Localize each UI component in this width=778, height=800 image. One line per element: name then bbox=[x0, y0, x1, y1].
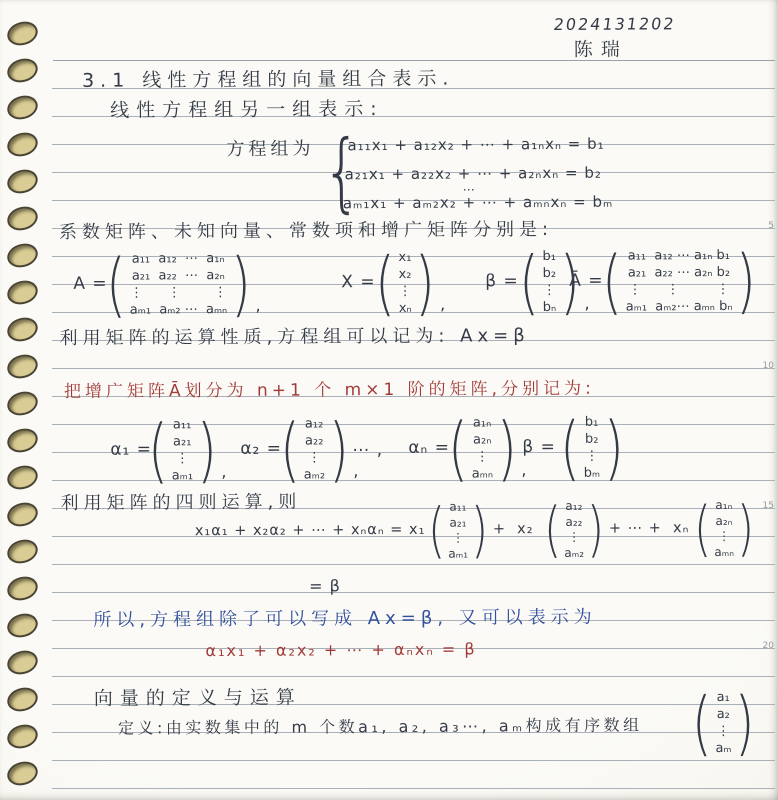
alpha2-vector: ( a₁₂ a₂₂ ⋮ aₘ₂ ) , bbox=[276, 414, 358, 484]
paren-left: ( bbox=[106, 250, 126, 320]
comma: , bbox=[584, 294, 589, 313]
matrix-row: aₘ₁ aₘ₂⋯ aₘₙ bₙ bbox=[626, 298, 733, 316]
paren-left: ( bbox=[448, 414, 468, 484]
vector-entry: ⋮ bbox=[399, 283, 412, 300]
paren-left: ( bbox=[148, 415, 168, 485]
vector-entry: aₘₙ bbox=[714, 544, 734, 560]
vector-entry: b₁ bbox=[585, 414, 599, 431]
vector-entry: a₁₂ bbox=[305, 415, 323, 432]
definition-vector: ( a₁ a₂ ⋮ aₘ ) bbox=[688, 688, 759, 758]
paren-left: ( bbox=[560, 413, 580, 483]
system-equation-1: a₁₁x₁ + a₁₂x₂ + ⋯ + a₁ₙxₙ = b₁ bbox=[347, 135, 604, 155]
system-label: 方程组为 bbox=[226, 134, 314, 161]
vector-entry: ⋮ bbox=[543, 282, 556, 299]
matrix-row: a₂₁ a₂₂ ⋯ a₂ₙ bbox=[132, 267, 225, 285]
vector-entry: a₂₂ bbox=[565, 514, 582, 530]
vector-X: ( x₁ x₂ ⋮ xₙ ) , bbox=[371, 248, 445, 318]
vector-entry: a₂ₙ bbox=[473, 431, 491, 448]
matrix-A: ( a₁₁ a₁₂ ⋯ a₁ₙ a₂₁ a₂₂ ⋯ a₂ₙ ⋮ ⋮ ⋮ aₘ₁ … bbox=[102, 249, 261, 320]
conclusion-equation-red: α₁x₁ + α₂x₂ + ⋯ + αₙxₙ = β bbox=[205, 639, 476, 660]
vector-definition-text: 定义:由实数集中的 m 个数a₁, a₂, a₃⋯, aₘ构成有序数组 bbox=[118, 712, 643, 738]
vector-entry: b₂ bbox=[542, 265, 556, 282]
paren-left: ( bbox=[544, 500, 561, 560]
system-equation-3: aₘ₁x₁ + aₘ₂x₂ + ⋯ + aₘₙxₙ = bₘ bbox=[343, 193, 614, 213]
alphaN-vector: ( a₁ₙ a₂ₙ ⋮ aₘₙ ) , bbox=[444, 413, 526, 483]
expansion-vector-2: ( a₁₂ a₂₂ ⋮ aₘ₂ ) bbox=[541, 499, 608, 561]
system-equation-2: a₂₁x₁ + a₂₂x₂ + ⋯ + a₂ₙxₙ = b₂ bbox=[345, 164, 602, 184]
matrix-form-remark: 利用矩阵的运算性质,方程组可以记为: Ax=β bbox=[60, 321, 530, 350]
beta2-vector: ( b₁ b₂ ⋮ bₘ ) bbox=[556, 413, 627, 483]
handwritten-notes: 2024131202 陈瑞 3.1 线性方程组的向量组合表示. 线性方程组另一组… bbox=[0, 0, 778, 800]
expansion-op-2: + ⋯ + xₙ bbox=[609, 520, 690, 536]
vector-entry: a₂₂ bbox=[305, 432, 323, 449]
matrix-row: ⋮ ⋮ ⋮ bbox=[628, 281, 729, 299]
vector-entry: bₙ bbox=[543, 299, 557, 316]
expansion-vector-3: ( a₁ₙ a₂ₙ ⋮ aₘₙ ) bbox=[691, 498, 758, 560]
vector-entry: aₘ bbox=[715, 740, 731, 757]
vector-entry: aₘ₁ bbox=[448, 546, 468, 562]
paren-right: ) bbox=[329, 414, 349, 484]
vector-entry: b₂ bbox=[585, 431, 599, 448]
comma: , bbox=[221, 462, 226, 481]
vector-entry: ⋮ bbox=[568, 530, 580, 546]
comma: , bbox=[440, 295, 445, 314]
comma: , bbox=[255, 296, 260, 315]
vector-entry: x₂ bbox=[399, 266, 412, 283]
vector-entry: ⋮ bbox=[308, 449, 321, 466]
vector-beta-label: β = bbox=[485, 271, 519, 291]
expansion-lhs: x₁α₁ + x₂α₂ + ⋯ + xₙαₙ = x₁ bbox=[195, 522, 426, 539]
section-subtitle: 线性方程组另一组表示: bbox=[110, 94, 384, 123]
beta2-label: β = bbox=[522, 437, 556, 457]
paren-right: ) bbox=[496, 413, 516, 483]
comma: , bbox=[353, 461, 358, 480]
vector-entry: ⋮ bbox=[176, 450, 189, 467]
matrix-row: a₂₁ a₂₂ ⋯ a₂ₙ b₂ bbox=[628, 264, 730, 282]
paren-left: ( bbox=[428, 501, 445, 561]
paren-left: ( bbox=[602, 247, 622, 317]
paren-right: ) bbox=[415, 248, 435, 318]
alpha-ellipsis: ⋯ , bbox=[352, 440, 383, 460]
notebook-page: 5 10 15 20 2024131202 陈瑞 3.1 线性方程组的向量组合表… bbox=[0, 0, 778, 800]
matrix-row: aₘ₁ aₘ₂ ⋯ aₘₙ bbox=[130, 301, 228, 319]
expansion-vector-1: ( a₁₁ a₂₁ ⋮ aₘ₁ ) bbox=[425, 499, 492, 561]
expansion-op-1: + x₂ bbox=[493, 521, 534, 537]
vector-entry: ⋮ bbox=[452, 531, 464, 547]
paren-right: ) bbox=[587, 500, 604, 560]
paren-left: ( bbox=[692, 688, 712, 758]
ops-remark: 利用矩阵的四则运算,则 bbox=[61, 488, 302, 515]
vector-entry: a₂₁ bbox=[449, 515, 466, 531]
paren-left: ( bbox=[375, 248, 395, 318]
expansion-result: = β bbox=[309, 576, 341, 595]
vector-entry: bₘ bbox=[584, 465, 600, 482]
vector-definition-title: 向量的定义与运算 bbox=[94, 683, 302, 711]
paren-left: ( bbox=[519, 247, 539, 317]
vector-entry: aₘ₂ bbox=[304, 466, 325, 483]
paren-left: ( bbox=[694, 499, 711, 559]
paren-right: ) bbox=[471, 500, 488, 560]
vector-entry: aₘ₂ bbox=[564, 545, 584, 561]
paren-right: ) bbox=[737, 499, 754, 559]
vector-entry: ⋮ bbox=[718, 529, 730, 545]
date-text: 2024131202 bbox=[552, 14, 676, 34]
vector-entry: ⋮ bbox=[717, 723, 730, 740]
author-name: 陈瑞 bbox=[574, 35, 628, 62]
section-title: 3.1 线性方程组的向量组合表示. bbox=[82, 64, 454, 93]
vector-entry: a₁₁ bbox=[449, 500, 466, 516]
vector-entry: a₁₂ bbox=[565, 499, 582, 515]
conclusion-text-blue: 所以,方程组除了可以写成 Ax=β, 又可以表示为 bbox=[93, 603, 597, 632]
paren-right: ) bbox=[735, 688, 755, 758]
vector-entry: xₙ bbox=[399, 300, 412, 317]
vector-entry: b₁ bbox=[542, 248, 556, 265]
vector-entry: a₁ₙ bbox=[473, 414, 491, 431]
vector-entry: a₂ₙ bbox=[715, 513, 732, 529]
vector-entry: aₘ₁ bbox=[172, 467, 193, 484]
matrix-row: a₁₁ a₁₂ ⋯ a₁ₙ b₁ bbox=[628, 247, 730, 265]
vector-entry: a₁ₙ bbox=[715, 498, 732, 514]
paren-right: ) bbox=[197, 415, 217, 485]
paren-left: ( bbox=[280, 415, 300, 485]
vector-entry: a₁ bbox=[717, 689, 730, 706]
partition-note-red: 把增广矩阵Ā划分为 n+1 个 m×1 阶的矩阵,分别记为: bbox=[64, 374, 595, 402]
matrices-intro-text: 系数矩阵、未知向量、常数项和增广矩阵分别是: bbox=[59, 215, 553, 244]
paren-right: ) bbox=[231, 249, 251, 319]
vector-entry: ⋮ bbox=[476, 448, 489, 465]
matrix-row: ⋮ ⋮ ⋮ bbox=[130, 284, 227, 302]
vector-entry: ⋮ bbox=[585, 448, 598, 465]
vector-entry: a₂₁ bbox=[173, 433, 191, 450]
paren-right: ) bbox=[736, 246, 756, 316]
vector-entry: a₂ bbox=[717, 706, 730, 723]
matrix-Abar: ( a₁₁ a₁₂ ⋯ a₁ₙ b₁ a₂₁ a₂₂ ⋯ a₂ₙ b₂ ⋮ ⋮ … bbox=[598, 246, 760, 317]
vector-entry: aₘₙ bbox=[472, 465, 493, 482]
alpha1-vector: ( a₁₁ a₂₁ ⋮ aₘ₁ ) , bbox=[144, 415, 226, 485]
comma: , bbox=[521, 460, 526, 479]
vector-entry: x₁ bbox=[398, 249, 411, 266]
paren-right: ) bbox=[604, 413, 624, 483]
matrix-row: a₁₁ a₁₂ ⋯ a₁ₙ bbox=[132, 250, 225, 268]
vector-entry: a₁₁ bbox=[173, 416, 191, 433]
